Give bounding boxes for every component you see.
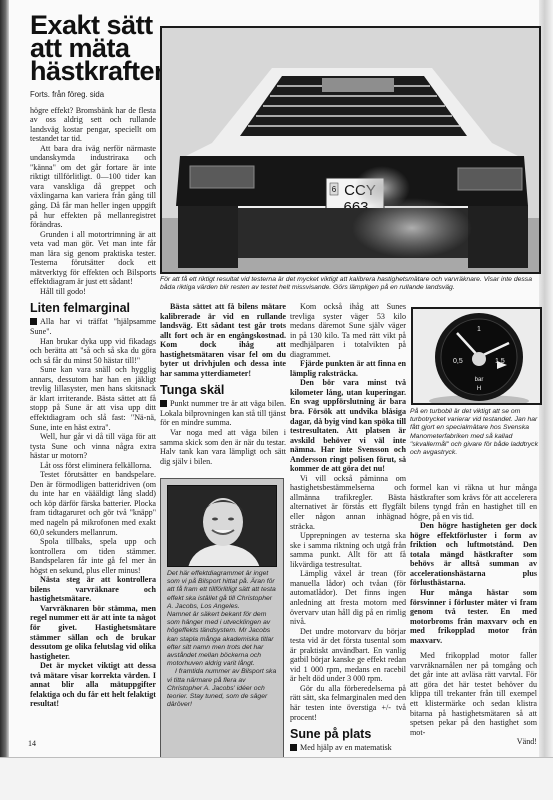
column-2: Bästa sättet att få bilens mätare kalibr… [160, 302, 286, 466]
paragraph: Gör du alla förberedelserna på rätt sätt… [290, 684, 406, 722]
paragraph-bold: Bästa sättet att få bilens mätare kalibr… [160, 302, 286, 378]
continued-from: Forts. från föreg. sida [30, 90, 156, 100]
paragraph: Med frikopplad motor faller varvräknarnå… [410, 651, 537, 737]
car-photo-caption: För att få ett riktigt resultat vid test… [160, 276, 545, 292]
paragraph: Vi vill också påminna om hastighetsbestä… [290, 474, 406, 531]
paragraph-bold: Hur många hästar som försvinner i förlus… [410, 588, 537, 645]
paragraph-bold: Fjärde punkten är att finna en lämplig r… [290, 359, 406, 378]
paragraph: Sune kan vara snäll och hygglig annars, … [30, 365, 156, 432]
svg-text:H: H [477, 386, 481, 392]
paragraph-bold: Den bör vara minst två kilometer lång, u… [290, 378, 406, 473]
caption-paragraph: Namnet är säkert bekant för dem som häng… [167, 611, 280, 668]
boost-gauge-illustration: 0,5 1 1,5 bar H [413, 309, 542, 405]
paragraph: Håll till godo! [30, 287, 156, 297]
bullet-icon [290, 744, 297, 751]
paragraph: Spola tillbaks, spela upp och kontroller… [30, 537, 156, 575]
car-rear-illustration: 6 CCY 663 [162, 28, 541, 274]
portrait-photo [167, 485, 277, 567]
bullet-icon [30, 318, 37, 325]
paragraph: Alla har vi träffat "hjälpsamme Sune". [30, 317, 156, 336]
article-title: Exakt sätt att mäta hästkrafter [30, 14, 156, 83]
scan-edge-left [0, 0, 9, 800]
svg-text:bar: bar [475, 377, 484, 383]
gauge-photo-caption: På en turbobil är det viktigt att se om … [410, 408, 538, 457]
paragraph: högre effekt? Bromsbänk har de flesta av… [30, 106, 156, 144]
paragraph-text: Punkt nummer tre är att väga bilen. Loka… [160, 399, 286, 427]
portrait-illustration [168, 486, 277, 567]
svg-text:6: 6 [332, 185, 337, 194]
paragraph-text: Med hjälp av en matematisk [300, 743, 392, 752]
paragraph-text: Alla har vi träffat "hjälpsamme Sune". [30, 317, 156, 336]
portrait-sidebar: Det här effektdiagrammet är inget som vi… [160, 478, 284, 758]
paragraph: Grunden i all motortrimning är att veta … [30, 230, 156, 287]
section-heading: Liten felmarginal [30, 301, 156, 315]
turn-page-label: Vänd! [410, 737, 537, 747]
svg-text:0,5: 0,5 [453, 358, 463, 365]
car-photo: 6 CCY 663 [160, 26, 541, 274]
paragraph: Punkt nummer tre är att väga bilen. Loka… [160, 399, 286, 428]
section-heading: Sune på plats [290, 727, 406, 741]
paragraph-bold: Varvräknaren bör stämma, men regel numme… [30, 604, 156, 661]
caption-paragraph: I framtida nummer av Bilsport ska vi tit… [167, 668, 280, 709]
paragraph: Testet förutsätter en bandspelare. Den ä… [30, 470, 156, 537]
svg-text:1,5: 1,5 [495, 358, 505, 365]
title-line-3: hästkrafter [30, 56, 164, 86]
paragraph: Lämplig växel är trean (för manuella låd… [290, 569, 406, 626]
paragraph: Var noga med att väga bilen i samma skic… [160, 428, 286, 466]
paragraph: formel kan vi räkna ut hur många hästkra… [410, 483, 537, 521]
paragraph: Well, hur går vi då till väga för att ty… [30, 432, 156, 461]
paragraph: Att bara dra iväg nerför närmaste undans… [30, 144, 156, 230]
scan-background-below-page [0, 757, 553, 800]
column-1: Exakt sätt att mäta hästkrafter Forts. f… [30, 14, 156, 709]
section-heading: Tunga skäl [160, 383, 286, 397]
gauge-photo: 0,5 1 1,5 bar H [411, 307, 542, 405]
column-3: Kom också ihåg att Sunes trevliga syster… [290, 302, 406, 753]
page-number: 14 [28, 739, 36, 748]
paragraph: Låt oss först eliminera felkällorna. [30, 461, 156, 471]
column-4: formel kan vi räkna ut hur många hästkra… [410, 483, 537, 747]
paragraph-bold: Nästa steg är att kontrollera bilens var… [30, 575, 156, 604]
svg-text:1: 1 [477, 326, 481, 333]
bullet-icon [160, 400, 167, 407]
paragraph: Kom också ihåg att Sunes trevliga syster… [290, 302, 406, 359]
paragraph: Upprepningen av testerna ska ske i samma… [290, 531, 406, 569]
paragraph: Han brukar dyka upp vid fikadags och ber… [30, 337, 156, 366]
paragraph: Med hjälp av en matematisk [290, 743, 406, 753]
paragraph: Det undre motorvarv du börjar testa vid … [290, 627, 406, 684]
paragraph-bold: Den högre hastigheten ger dock högre eff… [410, 521, 537, 588]
portrait-caption: Det här effektdiagrammet är inget som vi… [167, 570, 280, 709]
caption-paragraph: Det här effektdiagrammet är inget som vi… [167, 570, 280, 611]
paragraph-bold: Det är mycket viktigt att dessa två mäta… [30, 661, 156, 709]
